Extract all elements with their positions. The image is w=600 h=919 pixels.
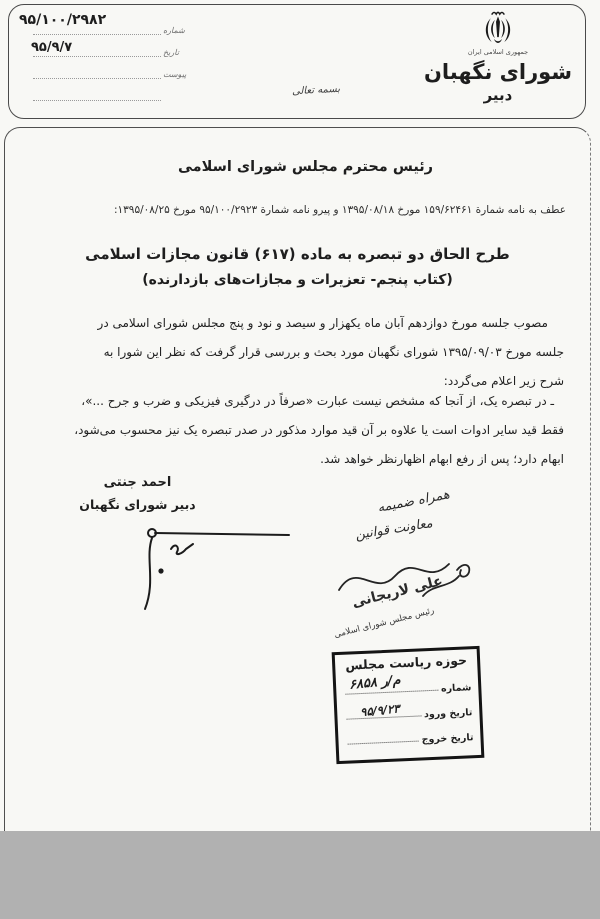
letter-page: ۹۵/۱۰۰/۲۹۸۲ ۹۵/۹/۷ شماره تاریخ پیوست بسم…: [0, 0, 600, 831]
paragraph-approval: مصوب جلسه مورخ دوازدهم آبان ماه یکهزار و…: [47, 309, 564, 396]
letterhead-box: ۹۵/۱۰۰/۲۹۸۲ ۹۵/۹/۷ شماره تاریخ پیوست بسم…: [8, 4, 586, 119]
organization-name: شورای نگهبان: [423, 60, 573, 84]
letterhead-right-block: جمهوری اسلامی ایران شورای نگهبان دبیر: [423, 8, 573, 104]
date-dotted-line: [33, 56, 161, 57]
letter-number: ۹۵/۱۰۰/۲۹۸۲: [19, 12, 106, 28]
exit-date-dots: [348, 741, 419, 745]
letter-date: ۹۵/۹/۷: [31, 40, 72, 55]
majles-receipt-stamp: حوزه ریاست مجلس شماره ۶۸۵۸ م/ر تاریخ ورو…: [332, 646, 485, 764]
reference-line: عطف به نامه شمارة ۱۵۹/۶۲۴۶۱ مورخ ۱۳۹۵/۰۸…: [114, 204, 566, 216]
scanner-background: [0, 831, 600, 919]
paragraph-opinion: ـ در تبصره یک، از آنجا که مشخص نیست عبار…: [47, 387, 564, 474]
signer-name: احمد جنتی: [50, 475, 225, 490]
iran-emblem-icon: [480, 8, 516, 50]
receipt-exit-date-row: تاریخ خروج: [345, 720, 474, 751]
date-field-label: تاریخ: [163, 48, 179, 57]
handwritten-note-legal-deputy: معاونت قوانین: [354, 516, 433, 543]
jannati-signature-icon: [131, 523, 296, 623]
office-title: دبیر: [423, 86, 573, 104]
speaker-title-stamp: رئیس مجلس شورای اسلامی: [333, 606, 435, 641]
subject-title-line1: طرح الحاق دو تبصره به ماده (۶۱۷) قانون م…: [5, 245, 590, 263]
salutation: رئیس محترم مجلس شورای اسلامی: [13, 159, 598, 175]
signer-title: دبیر شورای نگهبان: [50, 497, 225, 512]
attachment-dotted-line: [33, 78, 161, 79]
receipt-number-value: ۶۸۵۸ م/ر: [348, 673, 401, 693]
number-field-label: شماره: [163, 26, 185, 35]
extra-dotted-line: [33, 100, 161, 101]
signature-block: احمد جنتی دبیر شورای نگهبان: [50, 475, 225, 512]
handwritten-note-attachment: همراه ضمیمه: [376, 487, 451, 516]
bismillah-text: بسمه تعالی: [271, 83, 361, 99]
number-dotted-line: [33, 34, 161, 35]
exit-date-label: تاریخ خروج: [421, 732, 473, 747]
subject-title-line2: (کتاب پنجم- تعزیرات و مجازات‌های بازدارن…: [5, 272, 590, 288]
letter-body-box: رئیس محترم مجلس شورای اسلامی عطف به نامه…: [4, 127, 591, 831]
attachment-field-label: پیوست: [163, 70, 186, 79]
scanned-letter: ۹۵/۱۰۰/۲۹۸۲ ۹۵/۹/۷ شماره تاریخ پیوست بسم…: [0, 0, 600, 919]
country-name: جمهوری اسلامی ایران: [423, 48, 573, 56]
